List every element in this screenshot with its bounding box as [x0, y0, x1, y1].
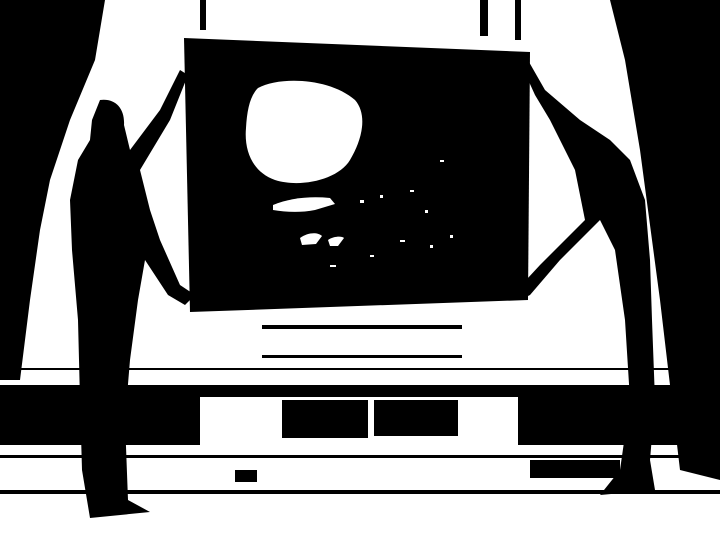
photograph [0, 0, 720, 540]
wall-detail [480, 0, 488, 36]
display-case [374, 400, 458, 436]
wall-detail [200, 0, 206, 30]
floor-detail [235, 470, 257, 482]
wall-detail [515, 0, 521, 40]
display-case [518, 395, 720, 445]
floor-detail [530, 460, 620, 478]
display-case [282, 400, 368, 438]
painting [184, 38, 530, 312]
frieze-line [262, 325, 462, 329]
frieze-line [262, 355, 462, 358]
